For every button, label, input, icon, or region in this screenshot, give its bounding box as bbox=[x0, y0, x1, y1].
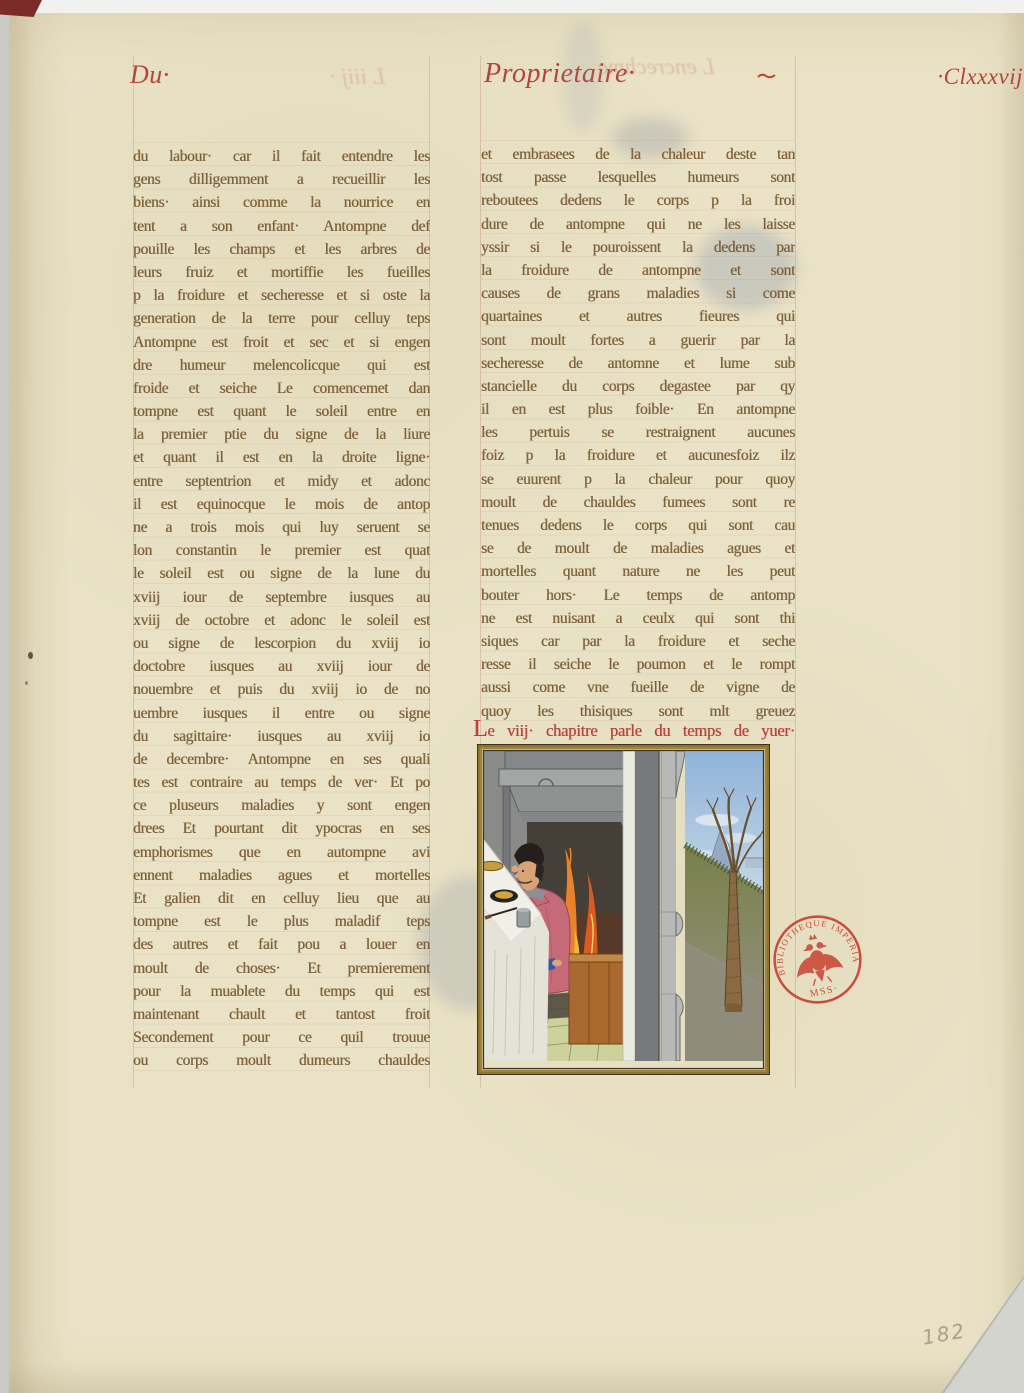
beaker bbox=[517, 910, 530, 927]
manuscript-text-line: lon constantin le premier est quat bbox=[133, 539, 430, 562]
manuscript-text-line: entre septentrion et midy et adonc bbox=[133, 470, 430, 493]
manuscript-text-line: Et galien dit en celluy lieu que au bbox=[133, 887, 430, 910]
manuscript-text-line: tost passe lesquelles humeurs sont bbox=[481, 166, 795, 189]
manuscript-text-line: des autres et fait pou a louer en bbox=[133, 933, 430, 956]
manuscript-text-line: nouembre et puis du xviij io de no bbox=[133, 678, 430, 701]
manuscript-text-line: emphorismes que en autompne avi bbox=[133, 841, 430, 864]
manuscript-text-line: du labour· car il fait entendre les bbox=[133, 145, 430, 168]
manuscript-text-line: ou corps moult dumeurs chauldes bbox=[133, 1049, 430, 1072]
manuscript-text-line: la froidure de antompne et sont bbox=[481, 259, 795, 282]
manuscript-text-line: tent a son enfant· Antompne def bbox=[133, 215, 430, 238]
manuscript-text-line: sont moult fortes a guerir par la bbox=[481, 329, 795, 352]
bread-dish bbox=[479, 861, 503, 870]
manuscript-text-line: ne est nuisant a ceulx qui sont thi bbox=[481, 607, 795, 630]
stone-column bbox=[623, 751, 685, 1061]
scan-background-top bbox=[0, 0, 1024, 13]
manuscript-text-line: moult de choses· Et premierement bbox=[133, 957, 430, 980]
manuscript-text-line: foiz p la froidure et aucunesfoiz ilz bbox=[481, 444, 795, 467]
manuscript-text-line: pouille les champs et les arbres de bbox=[133, 238, 430, 261]
manuscript-text-line: quartaines et autres fieures qui bbox=[481, 305, 795, 328]
manuscript-text-line: tes est contraire au temps de ver· Et po bbox=[133, 771, 430, 794]
manuscript-text-line: la premier ptie du signe de la liure bbox=[133, 423, 430, 446]
manuscript-text-line: de decembre· Antompne en ses quali bbox=[133, 748, 430, 771]
manuscript-text-line: il est equinocque le mois de antop bbox=[133, 493, 430, 516]
parchment-speck bbox=[28, 652, 33, 659]
left-text-column: du labour· car il fait entendre lesgens … bbox=[133, 145, 430, 1073]
manuscript-text-line: dre humeur melencolicque qui est bbox=[133, 354, 430, 377]
manuscript-text-line: gens dilligemment a recueillir les bbox=[133, 168, 430, 191]
library-stamp: BIBLIOTHEQUE IMPERIALE MSS· bbox=[770, 912, 865, 1007]
showthrough-text: L encrechme bbox=[598, 54, 715, 80]
parchment-speck bbox=[25, 681, 28, 685]
red-flourish-mark bbox=[757, 72, 777, 80]
manuscript-text-line: reboutees dedens le corps p la froi bbox=[481, 189, 795, 212]
manuscript-text-line: yssir si le pouroissent la dedens par bbox=[481, 236, 795, 259]
manuscript-text-line: dure de antompne qui ne les laisse bbox=[481, 213, 795, 236]
wooden-bench bbox=[567, 954, 629, 1044]
manuscript-text-line: secheresse de antomne et lume sub bbox=[481, 352, 795, 375]
running-header-left: Du· bbox=[130, 60, 170, 90]
manuscript-text-line: ce pluseurs maladies y sont engen bbox=[133, 794, 430, 817]
manuscript-text-line: du sagittaire· iusques au xviij io bbox=[133, 725, 430, 748]
right-text-column: et embrasees de la chaleur deste tantost… bbox=[481, 143, 795, 723]
scan-background-left bbox=[0, 0, 9, 1393]
manuscript-text-line: mortelles quant nature ne les peut bbox=[481, 560, 795, 583]
manuscript-text-line: siques car par la froidure et seche bbox=[481, 630, 795, 653]
manuscript-text-line: bouter hors· Le temps de antomp bbox=[481, 584, 795, 607]
manuscript-text-line: generation de la terre pour celluy teps bbox=[133, 307, 430, 330]
folio-number-roman: ·Clxxxvij bbox=[905, 64, 1023, 90]
plate-food bbox=[495, 891, 513, 899]
manuscript-text-line: moult de chauldes fumees sont re bbox=[481, 491, 795, 514]
manuscript-text-line: se de moult de maladies agues et bbox=[481, 537, 795, 560]
ink-smudge bbox=[563, 22, 603, 132]
manuscript-text-line: les pertuis se restraignent aucunes bbox=[481, 421, 795, 444]
stamp-eagle bbox=[789, 929, 846, 988]
manuscript-text-line: ne a trois mois qui luy seruent se bbox=[133, 516, 430, 539]
manuscript-text-line: et quant il est en la droite ligne· bbox=[133, 446, 430, 469]
manuscript-text-line: stancielle du corps degastee par qy bbox=[481, 375, 795, 398]
manuscript-text-line: resse il seiche le poumon et le rompt bbox=[481, 653, 795, 676]
manuscript-text-line: xviij iour de septembre iusques au bbox=[133, 586, 430, 609]
manuscript-text-line: et embrasees de la chaleur deste tan bbox=[481, 143, 795, 166]
manuscript-text-line: maintenant chault et tantost froit bbox=[133, 1003, 430, 1026]
manuscript-text-line: ou signe de lescorpion du xviij io bbox=[133, 632, 430, 655]
manuscript-text-line: biens· ainsi comme la nourrice en bbox=[133, 191, 430, 214]
manuscript-text-line: le soleil est ou signe de la lune du bbox=[133, 562, 430, 585]
manuscript-text-line: uembre iusques il entre ou signe bbox=[133, 702, 430, 725]
winter-landscape bbox=[685, 751, 765, 1061]
miniature-illustration bbox=[477, 744, 770, 1075]
manuscript-text-line: tompne est quant le soleil entre en bbox=[133, 400, 430, 423]
manuscript-text-line: p la froidure et secheresse et si oste l… bbox=[133, 284, 430, 307]
manuscript-scan: Du· Proprietaire· ·Clxxxvij L iiij · L e… bbox=[0, 0, 1024, 1393]
manuscript-text-line: ennent maladies agues et mortelles bbox=[133, 864, 430, 887]
manuscript-text-line: aussi come vne fueille de vigne de bbox=[481, 676, 795, 699]
manuscript-text-line: pour la muablete du temps qui est bbox=[133, 980, 430, 1003]
showthrough-text: L iiij · bbox=[330, 64, 385, 90]
chapter-rubric: Le viij· chapitre parle du temps de yuer… bbox=[473, 716, 795, 742]
manuscript-text-line: Antompne est froit et sec et si engen bbox=[133, 331, 430, 354]
manuscript-text-line: il en est plus foible· En antompne bbox=[481, 398, 795, 421]
manuscript-text-line: tompne est le plus maladif teps bbox=[133, 910, 430, 933]
manuscript-text-line: tenues dedens le corps qui sont cau bbox=[481, 514, 795, 537]
manuscript-text-line: leurs fruiz et mortiffie les fueilles bbox=[133, 261, 430, 284]
manuscript-text-line: Secondement pour ce quil trouue bbox=[133, 1026, 430, 1049]
manuscript-text-line: doctobre iusques au xviij iour de bbox=[133, 655, 430, 678]
manuscript-text-line: xviij de octobre et adonc le soleil est bbox=[133, 609, 430, 632]
manuscript-text-line: se euurent p la chaleur pour quoy bbox=[481, 468, 795, 491]
manuscript-text-line: froide et seiche Le comencemet dan bbox=[133, 377, 430, 400]
hand bbox=[511, 865, 518, 872]
manuscript-text-line: causes de grans maladies si come bbox=[481, 282, 795, 305]
manuscript-text-line: drees Et pourtant dit ypocras en ses bbox=[133, 817, 430, 840]
